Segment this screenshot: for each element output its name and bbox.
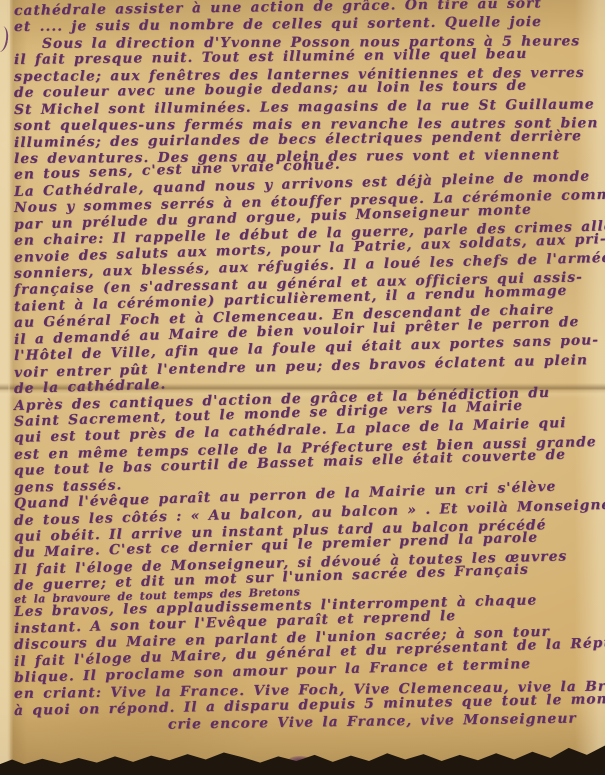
scan-background: cathédrale assister à une action de grâc… bbox=[0, 0, 605, 775]
paper-sheet: cathédrale assister à une action de grâc… bbox=[0, 0, 605, 775]
ink-smudge bbox=[287, 756, 313, 767]
fold-crease bbox=[8, 0, 10, 775]
manuscript-text: cathédrale assister à une action de grâc… bbox=[14, 3, 602, 736]
